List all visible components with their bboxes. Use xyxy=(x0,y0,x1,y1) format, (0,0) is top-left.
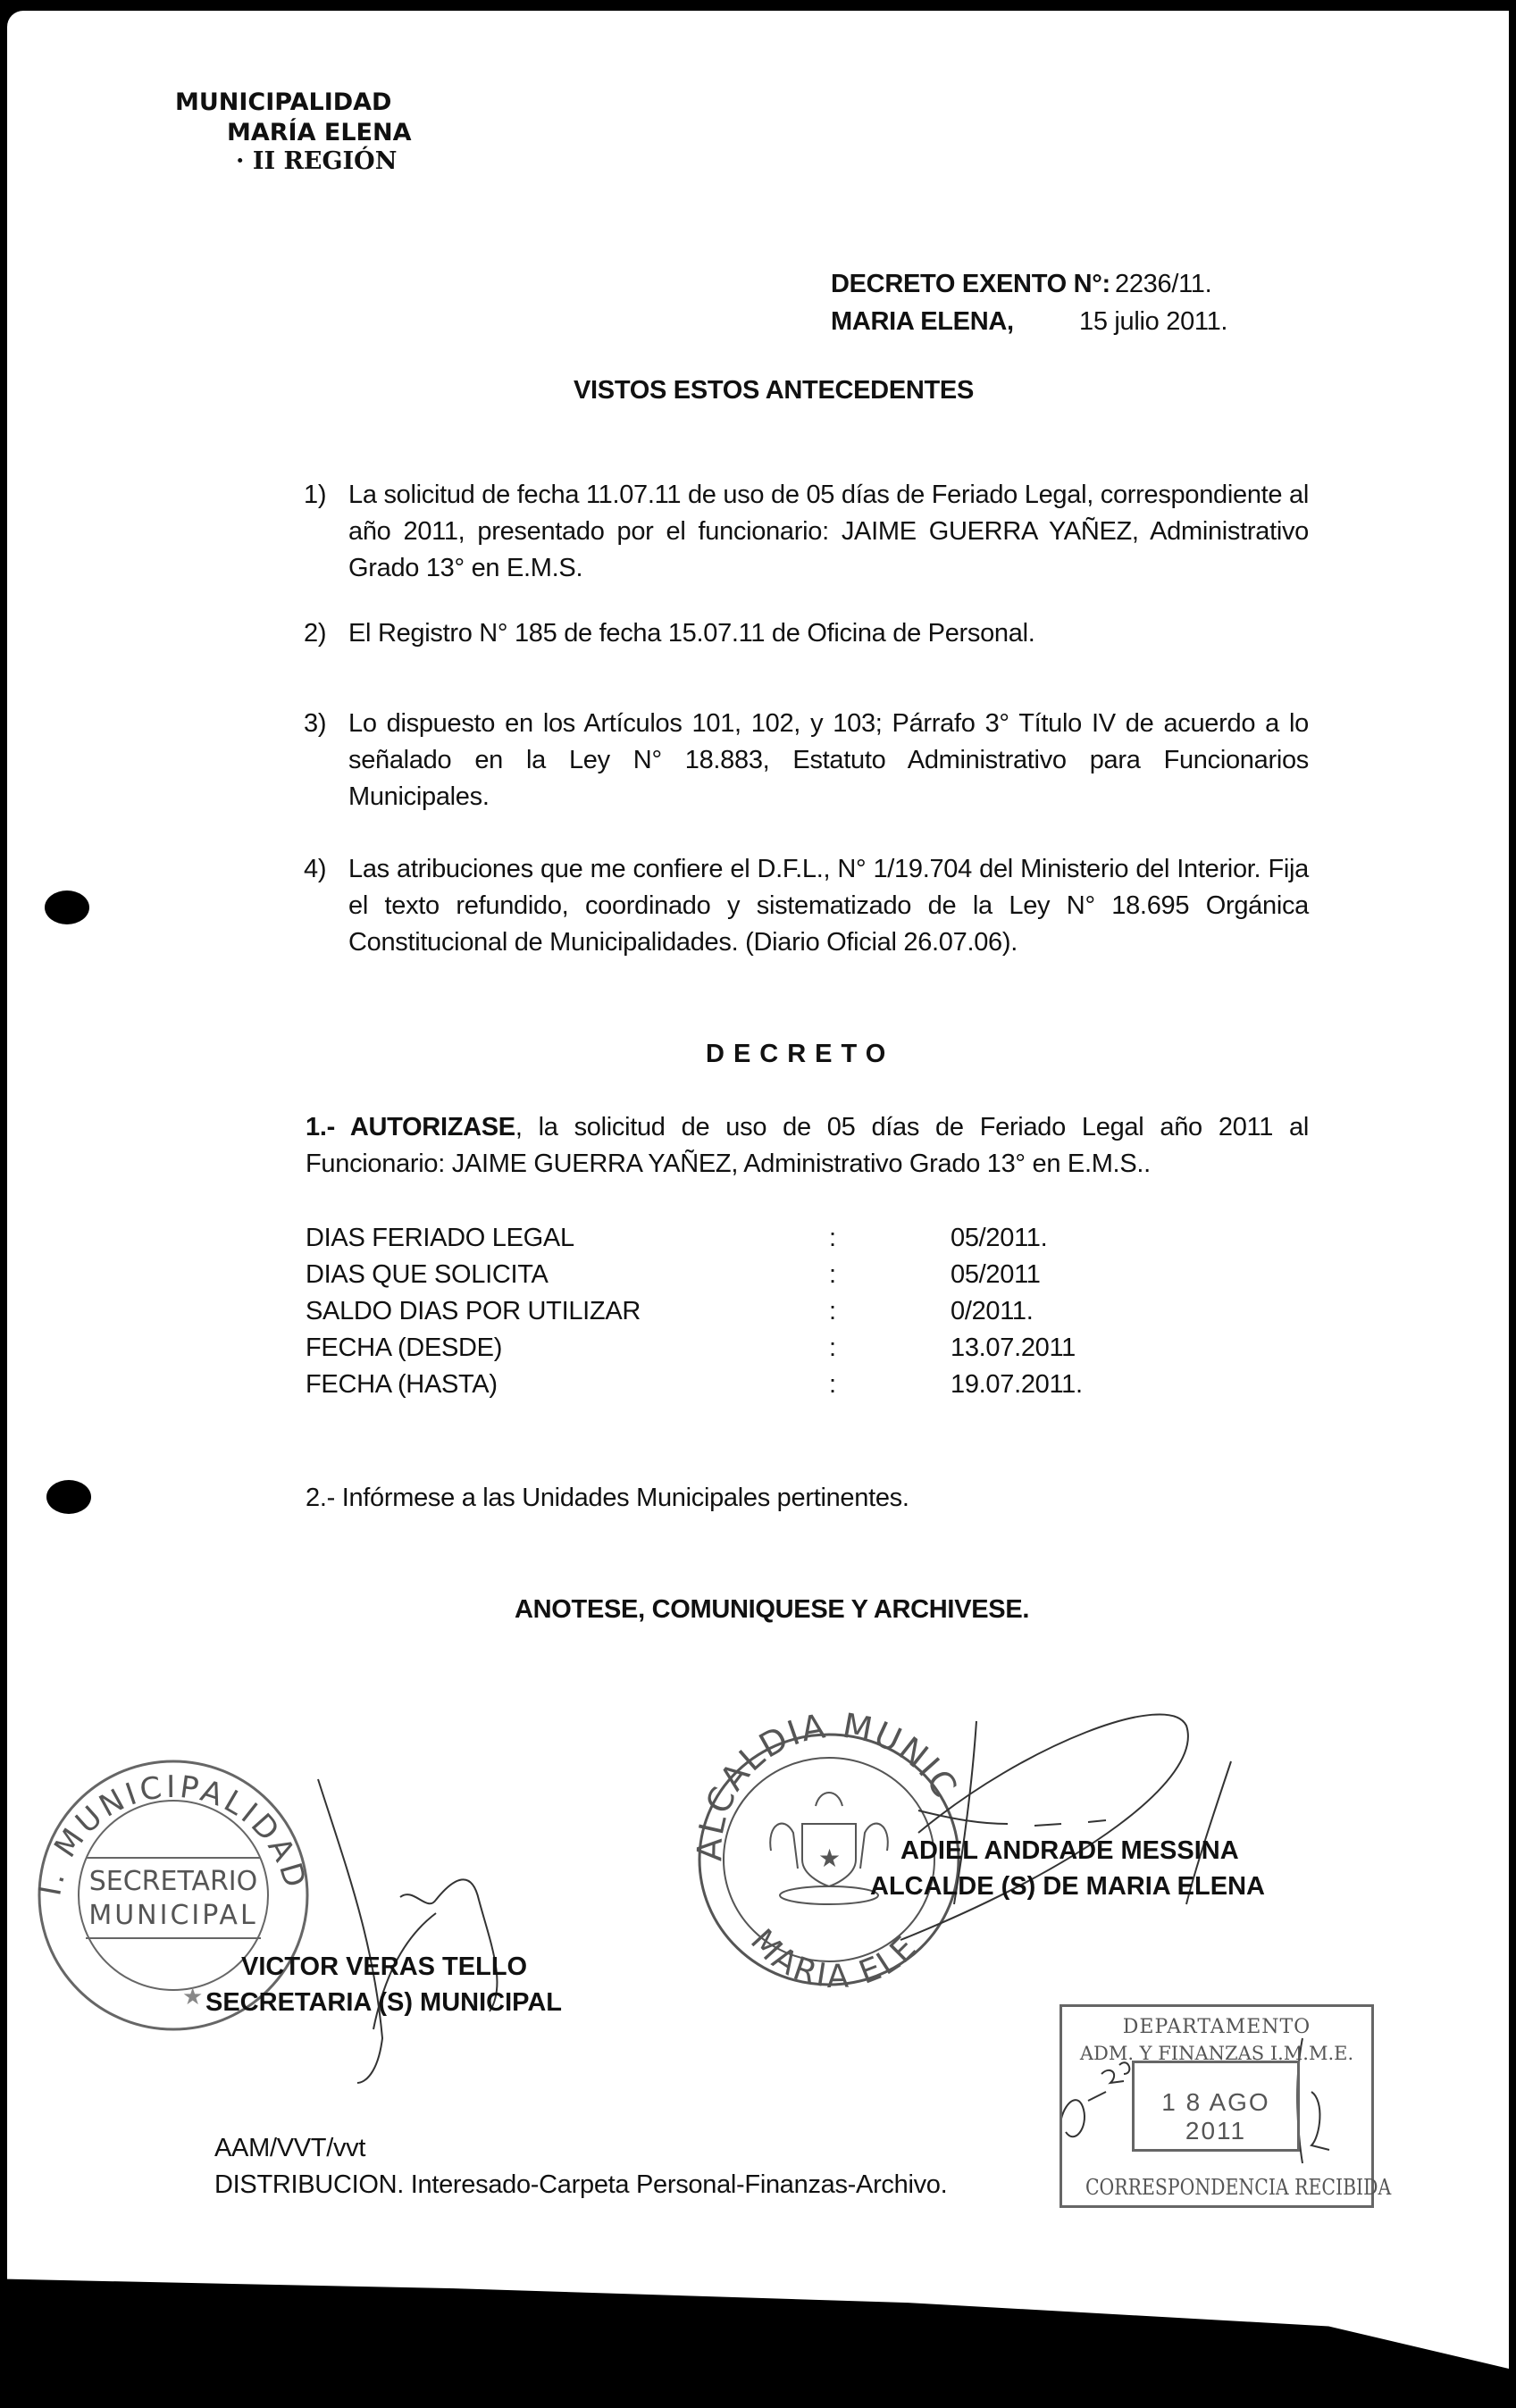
secretary-signature xyxy=(318,1779,497,2083)
svg-text:★: ★ xyxy=(818,1844,841,1872)
received-stamp-line-3: CORRESPONDENCIA RECIBIDA xyxy=(1085,2175,1348,2200)
received-stamp: DEPARTAMENTO ADM. Y FINANZAS I.M.M.E. 1 … xyxy=(1060,2004,1374,2208)
secretary-seal-center-1: SECRETARIO xyxy=(89,1866,258,1897)
svg-text:I. MUNICIPALIDAD DE MARIA ELEN: I. MUNICIPALIDAD DE MARIA ELENA xyxy=(7,11,315,1907)
received-stamp-line-1: DEPARTAMENTO xyxy=(1062,2016,1371,2038)
received-stamp-date-box: 1 8 AGO 2011 xyxy=(1132,2061,1300,2152)
secretary-seal-center-2: MUNICIPAL xyxy=(88,1900,257,1931)
secretary-title: SECRETARIA (S) MUNICIPAL xyxy=(205,1985,562,2021)
mayor-seal-bottom-text: MARIA ELENA xyxy=(7,11,926,1995)
mayor-name: ADIEL ANDRADE MESSINA xyxy=(900,1833,1239,1869)
received-stamp-date: 1 8 AGO 2011 xyxy=(1135,2088,1297,2145)
secretary-seal-ring-text: I. MUNICIPALIDAD DE MARIA ELENA xyxy=(7,11,315,1907)
footer: AAM/VVT/vvt DISTRIBUCION. Interesado-Car… xyxy=(214,2130,947,2203)
svg-text:MARIA ELENA: MARIA ELENA xyxy=(7,11,926,1995)
footer-initials: AAM/VVT/vvt xyxy=(214,2130,947,2167)
mayor-seal-top-text: ALCALDIA MUNICIPAL xyxy=(7,11,966,1861)
document-page: MUNICIPALIDAD MARÍA ELENA · II REGIÓN DE… xyxy=(7,11,1509,2369)
secretary-seal: I. MUNICIPALIDAD DE MARIA ELENA SECRETAR… xyxy=(7,11,315,2029)
footer-distribution: DISTRIBUCION. Interesado-Carpeta Persona… xyxy=(214,2167,947,2203)
secretary-name: VICTOR VERAS TELLO xyxy=(241,1949,527,1986)
svg-text:ALCALDIA MUNICIPAL: ALCALDIA MUNICIPAL xyxy=(7,11,966,1861)
mayor-seal: ALCALDIA MUNICIPAL MARIA ELENA ★ xyxy=(7,11,966,1995)
star-icon: ★ xyxy=(182,1983,203,2010)
mayor-title: ALCALDE (S) DE MARIA ELENA xyxy=(870,1869,1265,1905)
